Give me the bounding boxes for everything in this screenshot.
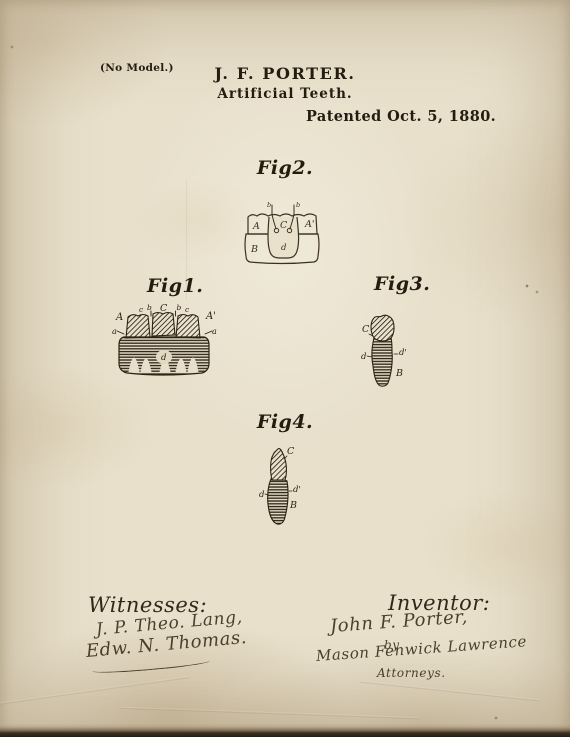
fig1-ann-C: C bbox=[160, 303, 168, 314]
fig4-crown bbox=[271, 449, 287, 480]
fig1-ann-a2: a bbox=[212, 327, 217, 336]
torn-paper-edge bbox=[0, 724, 570, 737]
fig2-label: Fig2. bbox=[0, 157, 570, 179]
fig3-ann-B: B bbox=[395, 368, 403, 379]
fig1-lead-a1 bbox=[117, 331, 124, 334]
fig1-ann-c2: c bbox=[185, 305, 190, 314]
fig3-root bbox=[372, 338, 392, 386]
attorneys-label: Attorneys. bbox=[377, 666, 446, 680]
fig3-lead-d bbox=[367, 356, 372, 357]
fig1-crown-left bbox=[126, 315, 150, 339]
fig4-ann-d: d bbox=[259, 490, 265, 500]
fig2-ann-A: A bbox=[252, 221, 260, 232]
fig1-drawing: A c b C b c A' a a d bbox=[112, 303, 218, 381]
fig2-ann-B: B bbox=[250, 244, 258, 255]
fig2-ann-b2: b bbox=[296, 201, 300, 209]
fig1-ann-c1: c bbox=[139, 305, 144, 314]
fig3-ann-d2: d' bbox=[399, 348, 407, 358]
patent-inventor-name: J. F. PORTER. bbox=[0, 64, 570, 83]
patent-date: Patented Oct. 5, 1880. bbox=[306, 108, 496, 125]
fig2-ann-A2: A' bbox=[304, 219, 314, 230]
fig1-ann-b1: b bbox=[147, 303, 152, 312]
fig1-lead-a2 bbox=[205, 331, 212, 334]
paper-crease bbox=[360, 681, 539, 702]
fig1-ann-A: A bbox=[115, 312, 123, 323]
patent-document-page: (No Model.) J. F. PORTER. Artificial Tee… bbox=[0, 0, 570, 737]
fig4-ann-C: C bbox=[287, 446, 295, 457]
fig2-ann-b1: b bbox=[267, 201, 271, 209]
fig1-ann-a1: a bbox=[112, 327, 117, 336]
fig2-ann-d: d bbox=[281, 243, 287, 253]
fig4-ann-d2: d' bbox=[293, 485, 301, 495]
fig2-ann-C: C bbox=[280, 220, 288, 231]
fig3-ann-d: d bbox=[361, 352, 367, 362]
fig3-label: Fig3. bbox=[374, 273, 430, 295]
fig4-label: Fig4. bbox=[0, 411, 570, 433]
fig3-ann-C: C bbox=[362, 324, 370, 335]
fig1-ann-b2: b bbox=[177, 303, 182, 312]
fig3-drawing: C d d' B bbox=[360, 310, 408, 392]
fig1-crown-right bbox=[176, 315, 200, 339]
fig1-ann-d: d bbox=[161, 353, 167, 363]
inventor-signature: John F. Porter, bbox=[329, 606, 468, 637]
fig4-drawing: C d d' B bbox=[256, 444, 304, 530]
paper-crease bbox=[120, 707, 420, 719]
attorney-signature: Mason Fenwick Lawrence bbox=[315, 632, 527, 665]
fig1-crown-center bbox=[152, 313, 175, 337]
paper-crease bbox=[185, 180, 187, 300]
fig2-drawing: b b A C A' B d bbox=[241, 200, 323, 270]
fig4-root bbox=[268, 479, 288, 524]
paper-crease bbox=[0, 676, 189, 706]
fig3-crown bbox=[371, 315, 394, 341]
fig1-ann-A2: A' bbox=[205, 311, 216, 322]
fig4-ann-B: B bbox=[289, 500, 297, 511]
patent-title: Artificial Teeth. bbox=[0, 86, 570, 102]
fig1-label: Fig1. bbox=[147, 275, 203, 297]
